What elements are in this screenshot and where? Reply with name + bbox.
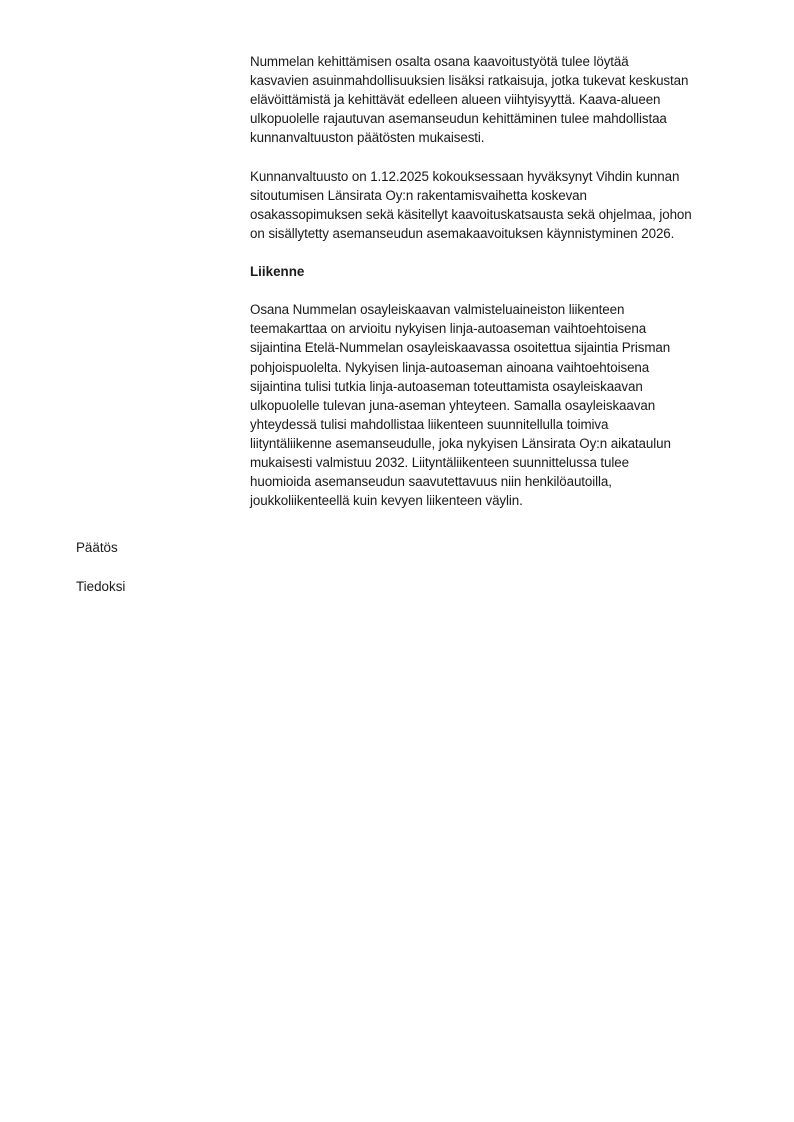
text-line: yhteydessä tulisi mahdollistaa liikentee…	[250, 415, 750, 434]
text-line: mukaisesti valmistuu 2032. Liityntäliike…	[250, 453, 750, 472]
decision-label: Päätös	[76, 538, 118, 557]
text-line: Osana Nummelan osayleiskaavan valmistelu…	[250, 300, 750, 319]
text-line: sijaintina Etelä-Nummelan osayleiskaavas…	[250, 338, 750, 357]
text-line: Kunnanvaltuusto on 1.12.2025 kokouksessa…	[250, 167, 750, 186]
section-heading-traffic: Liikenne	[250, 262, 750, 281]
text-line: pohjoispuolelta. Nykyisen linja-autoasem…	[250, 358, 750, 377]
text-line: ulkopuolelle tulevan juna-aseman yhteyte…	[250, 396, 750, 415]
paragraph-council-decision: Kunnanvaltuusto on 1.12.2025 kokouksessa…	[250, 167, 750, 243]
paragraph-development: Nummelan kehittämisen osalta osana kaavo…	[250, 52, 750, 147]
paragraph-traffic: Osana Nummelan osayleiskaavan valmistelu…	[250, 300, 750, 510]
text-line: joukkoliikenteellä kuin kevyen liikentee…	[250, 491, 750, 510]
text-line: Nummelan kehittämisen osalta osana kaavo…	[250, 52, 750, 71]
text-line: sijaintina tulisi tutkia linja-autoasema…	[250, 377, 750, 396]
text-line: on sisällytetty asemanseudun asemakaavoi…	[250, 224, 750, 243]
text-line: kasvavien asuinmahdollisuuksien lisäksi …	[250, 71, 750, 90]
text-line: sitoutumisen Länsirata Oy:n rakentamisva…	[250, 186, 750, 205]
text-line: ulkopuolelle rajautuvan asemanseudun keh…	[250, 109, 750, 128]
text-line: kunnanvaltuuston päätösten mukaisesti.	[250, 128, 750, 147]
text-line: liityntäliikenne asemanseudulle, joka ny…	[250, 434, 750, 453]
text-line: osakassopimuksen sekä käsitellyt kaavoit…	[250, 205, 750, 224]
body-column: Nummelan kehittämisen osalta osana kaavo…	[250, 52, 750, 510]
document-page: Nummelan kehittämisen osalta osana kaavo…	[0, 0, 794, 1122]
for-information-label: Tiedoksi	[76, 577, 125, 596]
text-line: teemakarttaa on arvioitu nykyisen linja-…	[250, 319, 750, 338]
text-line: elävöittämistä ja kehittävät edelleen al…	[250, 90, 750, 109]
text-line: huomioida asemanseudun saavutettavuus ni…	[250, 472, 750, 491]
